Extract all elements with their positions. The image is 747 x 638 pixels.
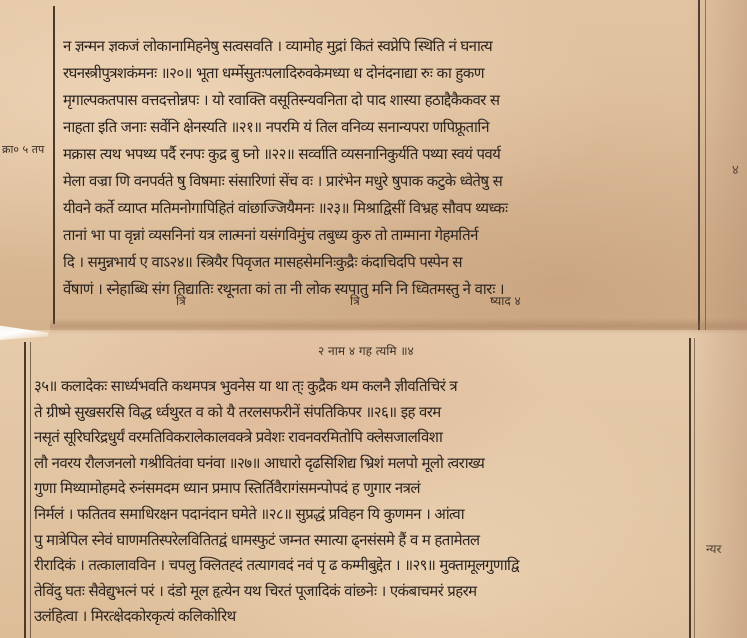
footer-mark: त्रि bbox=[350, 292, 360, 309]
left-margin-note: क्रा० ५ तप bbox=[2, 142, 44, 157]
text-line: पु मात्रेपिल स्नेवं घाणमतिस्परेलवितितद्व… bbox=[34, 528, 688, 554]
footer-mark: त्रि bbox=[176, 292, 186, 309]
left-margin-rule bbox=[53, 6, 55, 324]
text-line: तेविंदु घतः सैवेद्युभत्नं परं । दंडो मूल… bbox=[34, 579, 688, 605]
text-line: न ज्ञन्मन ज्ञकजं लोकानामिहनेषु सत्वसवति … bbox=[63, 33, 697, 60]
text-line: र्वेषाणं । स्नेहाब्धि संग तिद्यातिः रथून… bbox=[63, 276, 697, 303]
manuscript-folio-top: क्रा० ५ तप ४ न ज्ञन्मन ज्ञकजं लोकानामिहन… bbox=[0, 0, 747, 330]
left-margin-rule-inner bbox=[30, 342, 31, 638]
text-line: मक्रास त्यथ भपथ्य पर्दै रनपः कुद्र बु घ्… bbox=[63, 141, 697, 168]
text-line: नाहता इति जनाः सर्वेनि क्षेनस्यति ॥२१॥ न… bbox=[63, 114, 697, 141]
text-line: नसृतं सूरिघरिद्रधुर्यं वरमतिविकरालेकालवक… bbox=[34, 425, 688, 451]
page-fold-crease bbox=[50, 318, 747, 334]
text-line: निर्मलं । फतितव समाधिरक्षन पदानंदान घमेत… bbox=[34, 502, 688, 528]
folio-top-text: न ज्ञन्मन ज्ञकजं लोकानामिहनेषु सत्वसवति … bbox=[63, 33, 697, 303]
footer-mark: ष्याद ४ bbox=[490, 292, 521, 309]
text-line: गुणा मिथ्यामोहमदे रुनंसमदम ध्यान प्रमाप … bbox=[34, 476, 688, 502]
left-margin-rule bbox=[24, 342, 26, 638]
folio-header-note: २ नाम ४ गह त्यमि ॥४ bbox=[318, 342, 414, 359]
text-line: मृगाल्पकतपास वत्तदत्तोन्नपः । यो रवाक्ति… bbox=[63, 87, 697, 114]
manuscript-folio-bottom: २ नाम ४ गह त्यमि ॥४ न्यर ३५॥ कलादेकः सार… bbox=[0, 330, 747, 638]
text-line: दि । समुन्नभार्य ए वाऽ२४॥ स्त्रियैर पिवृ… bbox=[63, 249, 697, 276]
text-line: मेला वज्रा णि वनपर्वते षु विषमाः संसारिण… bbox=[63, 168, 697, 195]
page-edge-shadow bbox=[687, 0, 747, 638]
text-line: यीवने कर्ते व्याप्त मतिमनोगापिहितं वांछा… bbox=[63, 195, 697, 222]
folio-bottom-text: ३५॥ कलादेकः सार्ध्यभवति कथमपत्र भुवनेस य… bbox=[34, 374, 688, 630]
text-line: उलंहित्वा । मिरत्क्षेदकोरकृत्यं कलिकोरिथ bbox=[34, 604, 688, 630]
text-line: रीरादिकं । तत्कालावविन । चपलु क्लितह्दं … bbox=[34, 553, 688, 579]
text-line: लौ नवरय रौलजनलो गश्रीवितंवा घनंवा ॥२७॥ आ… bbox=[34, 451, 688, 477]
text-line: ते ग्रीष्मे सुखसरसि विद्ध र्ध्वथुरत व को… bbox=[34, 400, 688, 426]
text-line: तानां भा पा वृन्नां व्यसनिनां यत्र लात्म… bbox=[63, 222, 697, 249]
text-line: ३५॥ कलादेकः सार्ध्यभवति कथमपत्र भुवनेस य… bbox=[34, 374, 688, 400]
text-line: रघनस्त्रीपुत्रशकंमनः ॥२०॥ भूता धर्म्मेसु… bbox=[63, 60, 697, 87]
